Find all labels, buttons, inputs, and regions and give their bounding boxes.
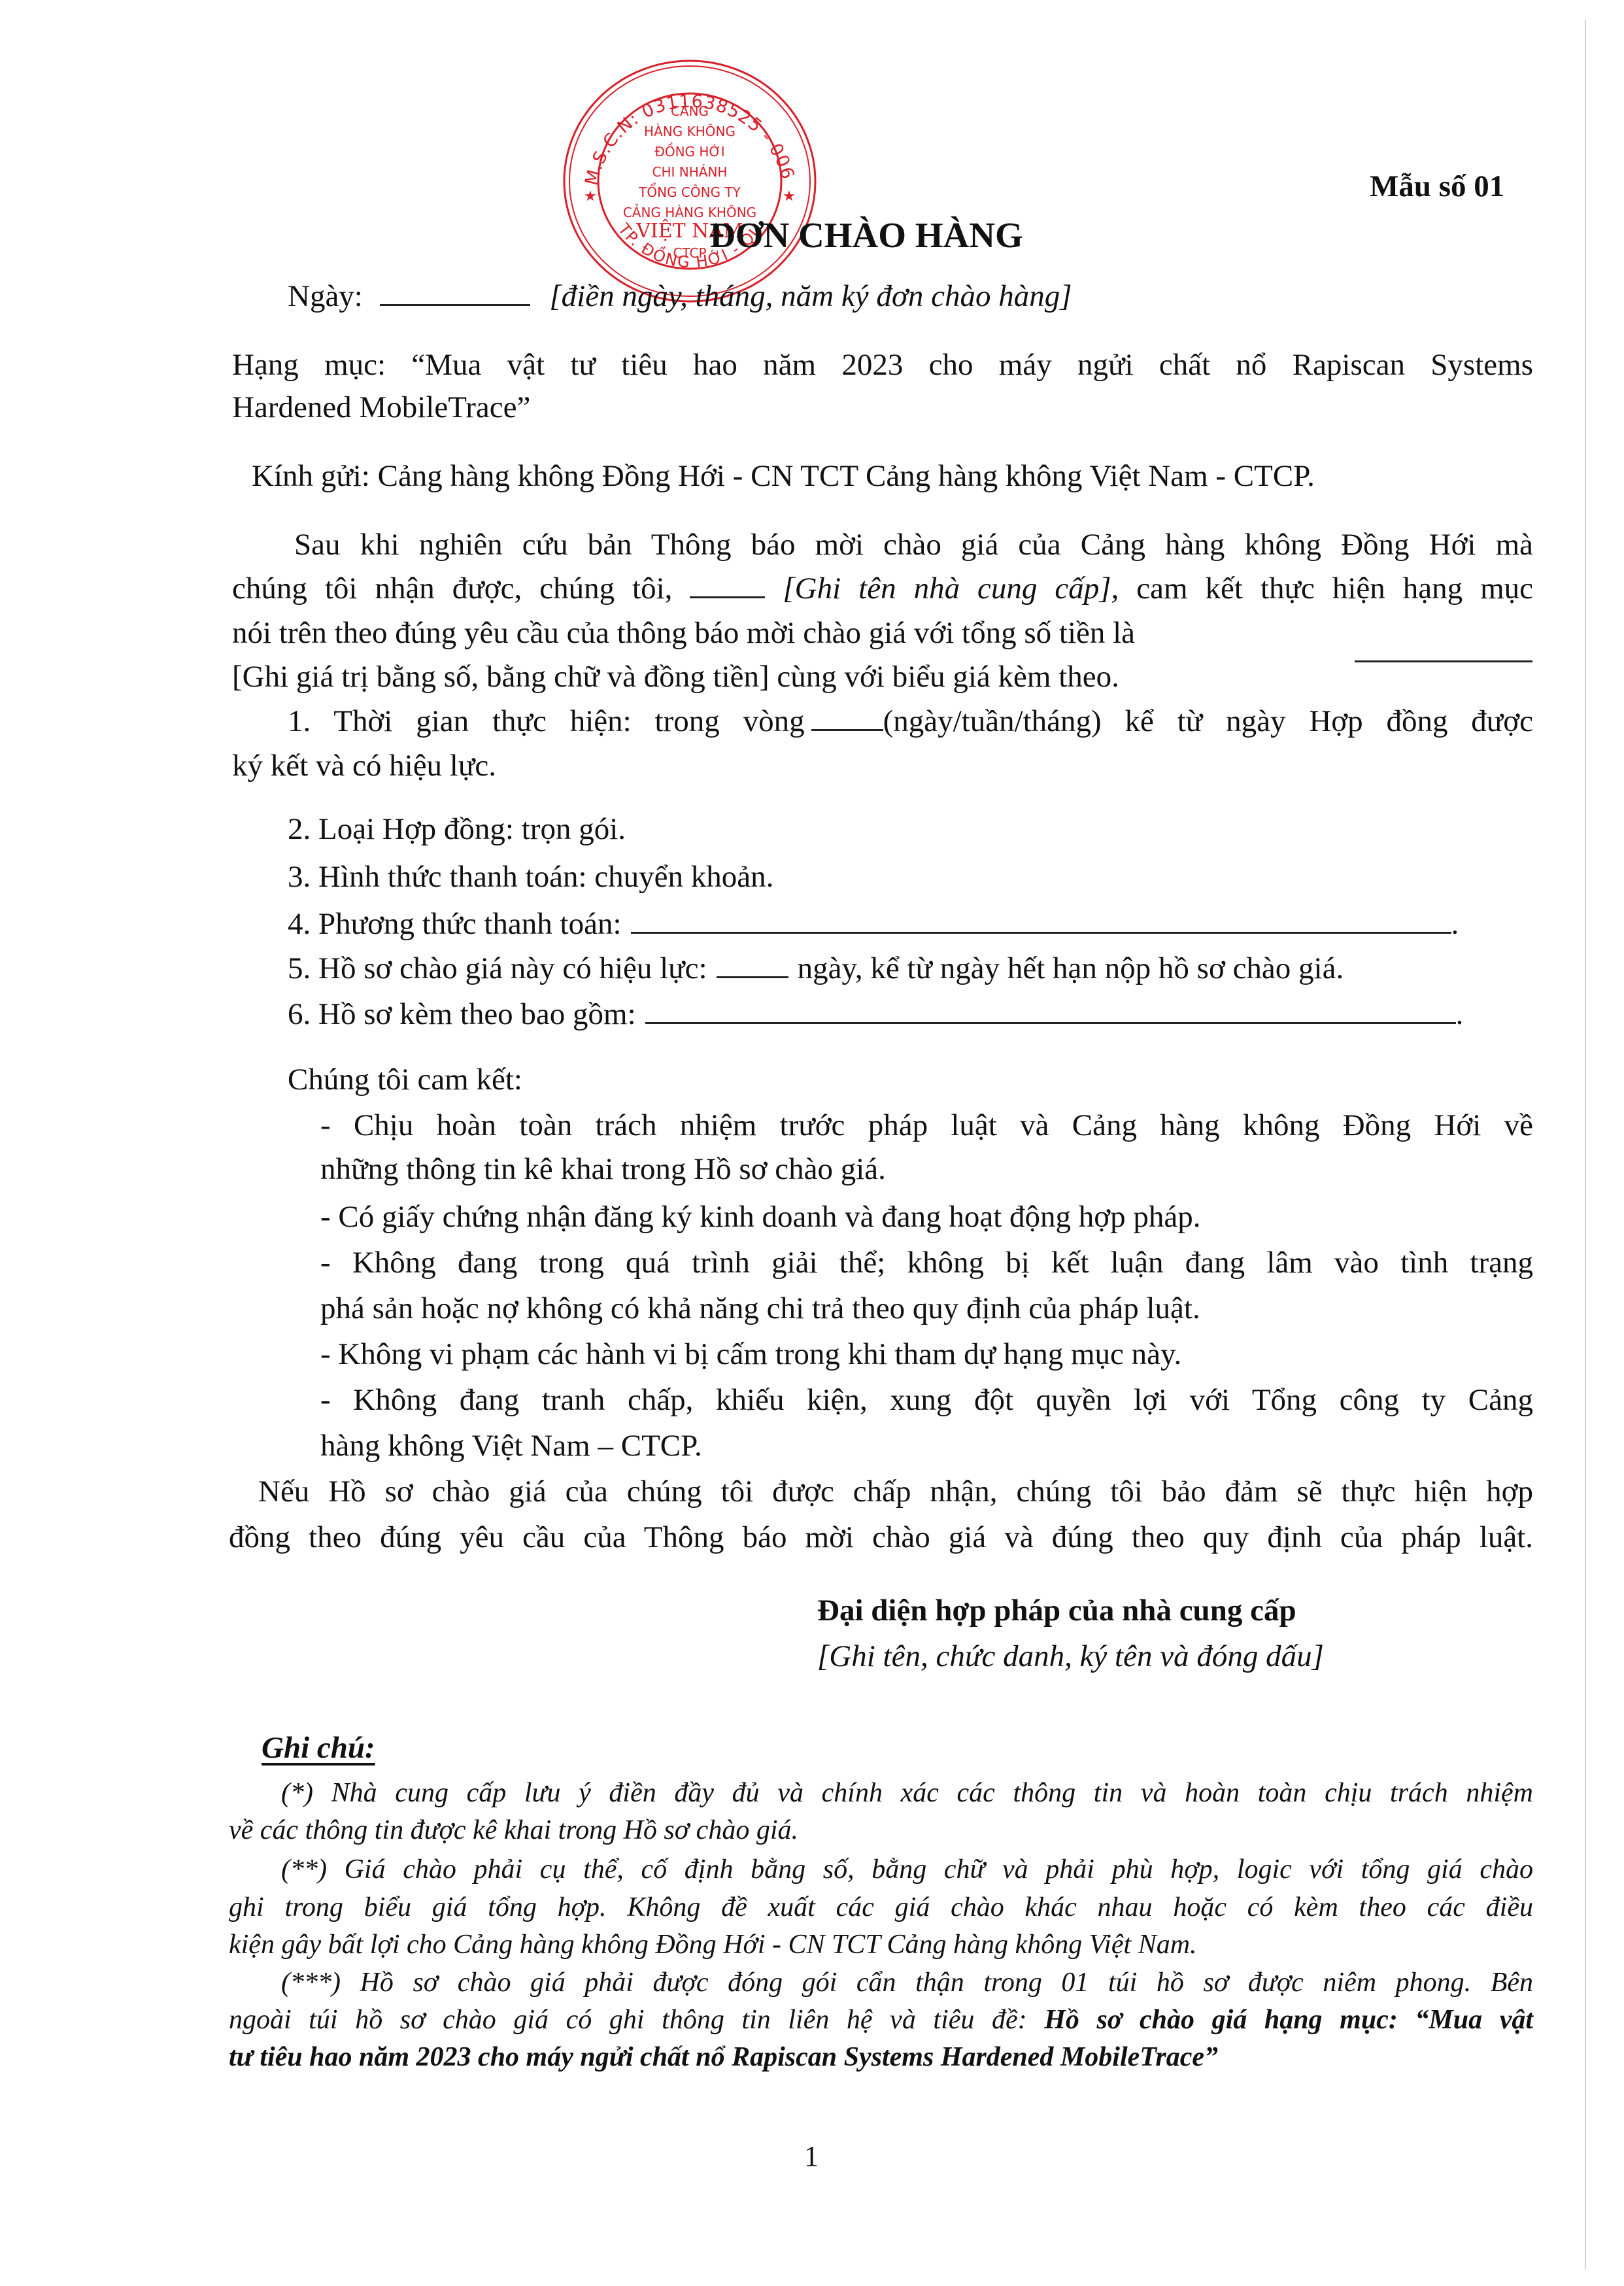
item-6: 6. Hồ sơ kèm theo bao gồm:. xyxy=(288,999,1463,1030)
item-5: 5. Hồ sơ chào giá này có hiệu lực:ngày, … xyxy=(288,953,1344,984)
note-3: (***) Hồ sơ chào giá phải được đóng gói … xyxy=(281,1967,1533,1998)
svg-text:CTCP: CTCP xyxy=(673,245,706,261)
commitment-5-cont: hàng không Việt Nam – CTCP. xyxy=(320,1431,702,1461)
total-amount-field[interactable] xyxy=(1355,660,1532,662)
signature-title: Đại diện hợp pháp của nhà cung cấp xyxy=(817,1595,1296,1626)
commitment-3-cont: phá sản hoặc nợ không có khả năng chi tr… xyxy=(320,1293,1200,1324)
company-seal-stamp-icon: M.S.C.N: 0311638525 - 006 - C.T.C.P TP. … xyxy=(559,56,820,307)
recipient-line: Kính gửi: Cảng hàng không Đồng Hới - CN … xyxy=(252,461,1315,492)
item-line-1: Hạng mục: “Mua vật tư tiêu hao năm 2023 … xyxy=(232,350,1533,381)
page-number: 1 xyxy=(804,2140,819,2173)
svg-text:★: ★ xyxy=(584,188,597,205)
intro-line-4: [Ghi giá trị bằng số, bằng chữ và đồng t… xyxy=(232,662,1119,692)
date-row: Ngày: [điền ngày, tháng, năm ký đơn chào… xyxy=(288,281,1072,312)
svg-text:CHI NHÁNH: CHI NHÁNH xyxy=(652,164,728,180)
closing-line-1: Nếu Hồ sơ chào giá của chúng tôi được ch… xyxy=(258,1476,1533,1507)
scan-edge-line xyxy=(1585,20,1586,2269)
note-2-cont-2: kiện gây bất lợi cho Cảng hàng không Đồn… xyxy=(229,1929,1197,1960)
note-3-cont-2: tư tiêu hao năm 2023 cho máy ngửi chất n… xyxy=(229,2041,1218,2073)
note-1: (*) Nhà cung cấp lưu ý điền đầy đủ và ch… xyxy=(281,1777,1533,1809)
note-2-cont-1: ghi trong biểu giá tổng hợp. Không đề xu… xyxy=(229,1892,1533,1923)
attachments-field[interactable] xyxy=(645,1022,1456,1024)
intro-line-3: nói trên theo đúng yêu cầu của thông báo… xyxy=(232,618,1135,649)
commitment-1-cont: những thông tin kê khai trong Hồ sơ chào… xyxy=(320,1154,886,1185)
form-number: Mẫu số 01 xyxy=(1370,169,1504,204)
commitments-heading: Chúng tôi cam kết: xyxy=(288,1065,522,1095)
commitment-1: - Chịu hoàn toàn trách nhiệm trước pháp … xyxy=(320,1110,1533,1141)
date-field[interactable] xyxy=(380,304,530,306)
closing-line-2: đồng theo đúng yêu cầu của Thông báo mời… xyxy=(229,1522,1533,1553)
svg-text:HÀNG KHÔNG: HÀNG KHÔNG xyxy=(644,124,736,139)
date-label: Ngày: xyxy=(288,279,363,313)
commitment-4: - Không vi phạm các hành vi bị cấm trong… xyxy=(320,1339,1181,1370)
duration-field[interactable] xyxy=(811,729,883,731)
note-2: (**) Giá chào phải cụ thể, cố định bằng … xyxy=(281,1854,1533,1885)
date-hint: [điền ngày, tháng, năm ký đơn chào hàng] xyxy=(549,279,1072,313)
payment-method-field[interactable] xyxy=(631,932,1451,934)
svg-text:ĐỒNG HỚI: ĐỒNG HỚI xyxy=(654,143,724,160)
validity-days-field[interactable] xyxy=(717,976,788,978)
item-2: 2. Loại Hợp đồng: trọn gói. xyxy=(288,814,626,845)
note-3-cont-1: ngoài túi hồ sơ chào giá có ghi thông ti… xyxy=(229,2004,1533,2036)
svg-text:M.S.C.N: 0311638525 - 006 - C.: M.S.C.N: 0311638525 - 006 - C.T.C.P xyxy=(559,56,798,188)
item-1: 1. Thời gian thực hiện: trong vòng(ngày/… xyxy=(288,706,1533,737)
svg-text:CẢNG: CẢNG xyxy=(671,103,709,119)
item-3: 3. Hình thức thanh toán: chuyển khoản. xyxy=(288,862,773,893)
commitment-5: - Không đang tranh chấp, khiếu kiện, xun… xyxy=(320,1385,1533,1416)
commitment-3: - Không đang trong quá trình giải thể; k… xyxy=(320,1248,1533,1278)
notes-heading: Ghi chú: xyxy=(262,1733,375,1764)
intro-line-2: chúng tôi nhận được, chúng tôi, [Ghi tên… xyxy=(232,573,1533,604)
item-1-cont: ký kết và có hiệu lực. xyxy=(232,751,496,781)
svg-text:★: ★ xyxy=(783,188,796,205)
commitment-2: - Có giấy chứng nhận đăng ký kinh doanh … xyxy=(320,1202,1201,1233)
document-title: ĐƠN CHÀO HÀNG xyxy=(709,214,1023,256)
item-4: 4. Phương thức thanh toán:. xyxy=(288,909,1459,940)
signature-hint: [Ghi tên, chức danh, ký tên và đóng dấu] xyxy=(817,1641,1324,1672)
svg-text:TỔNG CÔNG TY: TỔNG CÔNG TY xyxy=(638,183,741,200)
note-1-cont: về các thông tin được kê khai trong Hồ s… xyxy=(229,1815,798,1846)
document-page: Mẫu số 01 M.S.C.N: 0311638525 - 006 - C.… xyxy=(0,0,1624,2286)
supplier-name-field[interactable] xyxy=(690,596,765,598)
intro-line-1: Sau khi nghiên cứu bản Thông báo mời chà… xyxy=(294,530,1533,560)
item-line-2: Hardened MobileTrace” xyxy=(232,392,530,423)
